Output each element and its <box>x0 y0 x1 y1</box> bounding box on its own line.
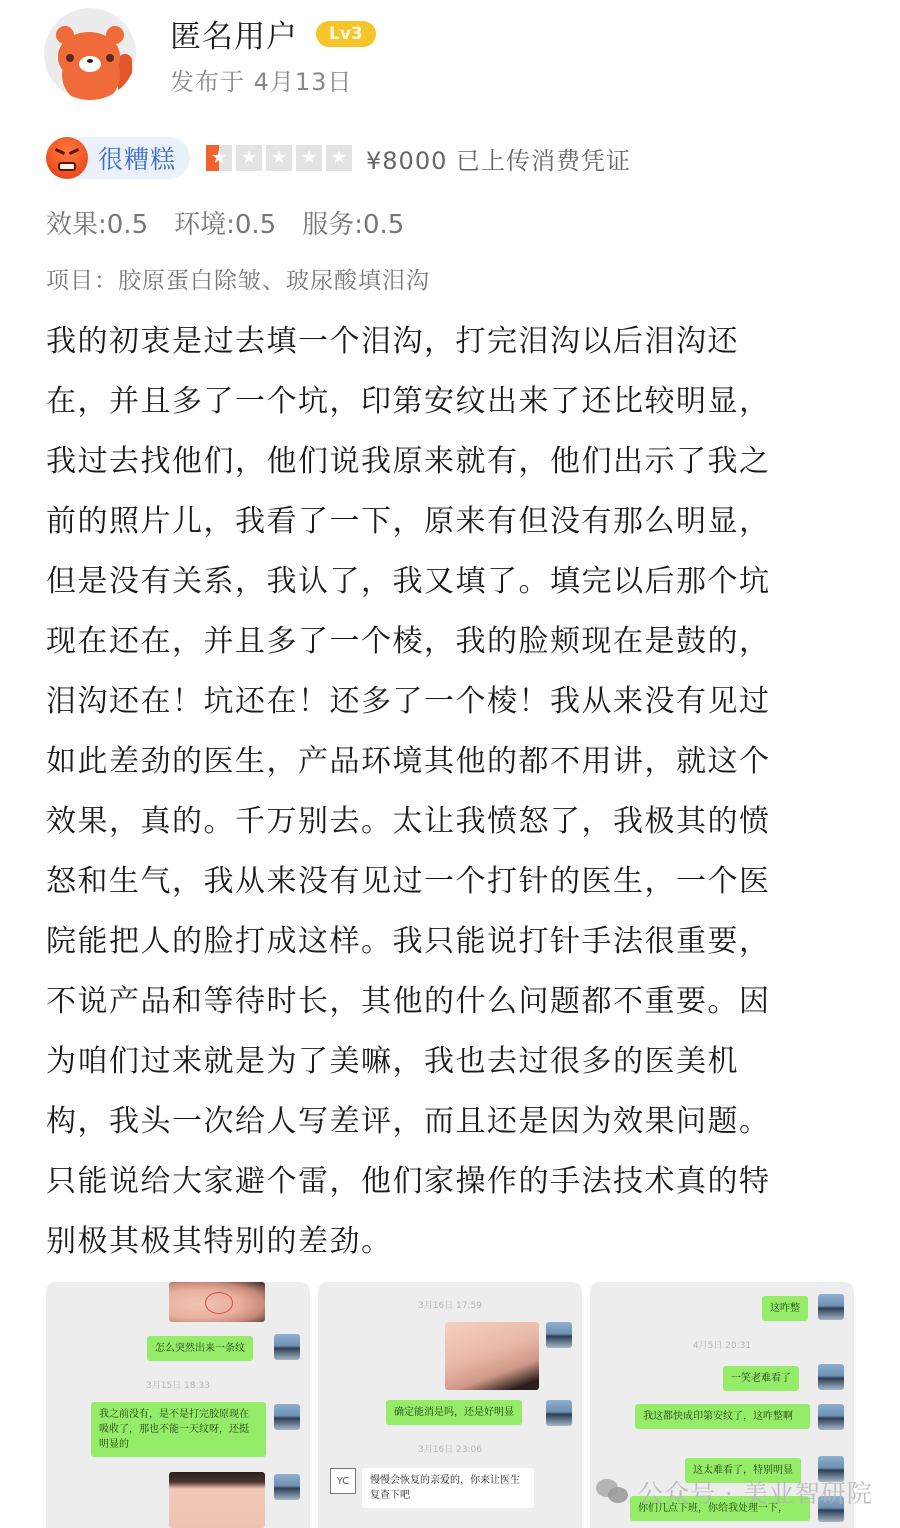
chat-bubble: 我之前没有，是不是打完胶原现在吸收了，那也不能一天纹呀，还挺明显的 <box>91 1402 266 1457</box>
chat-screenshot-1[interactable]: 怎么突然出来一条纹 3月15日 18:33 我之前没有，是不是打完胶原现在吸收了… <box>46 1282 310 1528</box>
chat-bubble: 这咋整 <box>762 1296 808 1321</box>
user-avatar-icon <box>818 1364 844 1390</box>
clinic-logo-icon: YC <box>330 1468 356 1494</box>
review-line: 不说产品和等待时长，其他的什么问题都不重要。因 <box>46 972 846 1032</box>
wechat-icon <box>596 1479 630 1505</box>
star-icon-empty: ★ <box>296 145 322 171</box>
username[interactable]: 匿名用户 <box>170 11 298 56</box>
level-badge: Lv3 <box>316 21 376 47</box>
angry-face-icon <box>46 137 88 179</box>
chat-bubble: 一笑老难看了 <box>723 1366 799 1391</box>
sub-scores: 效果:0.5 环境:0.5 服务:0.5 <box>46 204 430 241</box>
user-avatar-icon <box>274 1404 300 1430</box>
user-avatar-icon <box>818 1294 844 1320</box>
chat-timestamp: 4月5日 20:31 <box>590 1338 854 1351</box>
face-photo <box>445 1322 539 1390</box>
chat-bubble: 怎么突然出来一条纹 <box>147 1336 253 1361</box>
review-line: 构，我头一次给人写差评，而且还是因为效果问题。 <box>46 1092 846 1152</box>
price-and-receipt: ¥8000 已上传消费凭证 <box>366 141 631 176</box>
watermark-text: 公众号 · 美业智研院 <box>638 1474 873 1510</box>
user-info: 匿名用户 Lv3 发布于 4月13日 <box>170 11 376 97</box>
user-avatar-icon <box>274 1334 300 1360</box>
post-date: 发布于 4月13日 <box>170 62 376 97</box>
user-avatar-icon <box>546 1400 572 1426</box>
score-effect: 效果:0.5 <box>46 204 148 241</box>
review-line: 只能说给大家避个雷，他们家操作的手法技术真的特 <box>46 1152 846 1212</box>
review-header: 匿名用户 Lv3 发布于 4月13日 <box>44 6 376 102</box>
review-text: 我的初衷是过去填一个泪沟，打完泪沟以后泪沟还 在，并且多了一个坑，印第安纹出来了… <box>46 312 846 1272</box>
red-panda-avatar-icon[interactable] <box>44 8 136 100</box>
review-line: 院能把人的脸打成这样。我只能说打针手法很重要， <box>46 912 846 972</box>
review-line: 我过去找他们，他们说我原来就有，他们出示了我之 <box>46 432 846 492</box>
user-avatar-icon <box>818 1404 844 1430</box>
star-icon-half: ★ <box>206 145 232 171</box>
review-line: 怒和生气，我从来没有见过一个打针的医生，一个医 <box>46 852 846 912</box>
review-line: 我的初衷是过去填一个泪沟，打完泪沟以后泪沟还 <box>46 312 846 372</box>
star-icon-empty: ★ <box>236 145 262 171</box>
star-icon-empty: ★ <box>326 145 352 171</box>
chat-timestamp: 3月15日 18:33 <box>46 1378 310 1391</box>
face-photo <box>169 1282 265 1322</box>
chat-timestamp: 3月16日 23:06 <box>318 1442 582 1455</box>
review-line: 为咱们过来就是为了美嘛，我也去过很多的医美机 <box>46 1032 846 1092</box>
chat-bubble: 我这都快成印第安纹了，这咋整啊 <box>635 1404 810 1429</box>
review-line: 前的照片儿，我看了一下，原来有但没有那么明显， <box>46 492 846 552</box>
review-line: 如此差劲的医生，产品环境其他的都不用讲，就这个 <box>46 732 846 792</box>
face-photo <box>169 1472 265 1528</box>
chat-bubble: 慢慢会恢复的亲爱的，你来让医生复查下吧 <box>362 1468 534 1508</box>
score-service: 服务:0.5 <box>302 204 404 241</box>
chat-screenshot-2[interactable]: 3月16日 17:59 确定能消是吗，还是好明显 3月16日 23:06 YC … <box>318 1282 582 1528</box>
review-line: 效果，真的。千万别去。太让我愤怒了，我极其的愤 <box>46 792 846 852</box>
user-avatar-icon <box>274 1474 300 1500</box>
user-avatar-icon <box>546 1322 572 1348</box>
chat-timestamp: 3月16日 17:59 <box>318 1298 582 1311</box>
review-line: 在，并且多了一个坑，印第安纹出来了还比较明显， <box>46 372 846 432</box>
watermark: 公众号 · 美业智研院 <box>596 1474 873 1510</box>
review-line: 但是没有关系，我认了，我又填了。填完以后那个坑 <box>46 552 846 612</box>
chat-bubble: 确定能消是吗，还是好明显 <box>386 1400 522 1425</box>
rating-row: 很糟糕 ★ ★ ★ ★ ★ ¥8000 已上传消费凭证 <box>46 136 631 180</box>
mood-label: 很糟糕 <box>98 140 176 176</box>
review-line: 现在还在，并且多了一个棱，我的脸颊现在是鼓的， <box>46 612 846 672</box>
star-rating: ★ ★ ★ ★ ★ <box>206 145 356 171</box>
review-line: 泪沟还在！坑还在！还多了一个棱！我从来没有见过 <box>46 672 846 732</box>
star-icon-empty: ★ <box>266 145 292 171</box>
score-environment: 环境:0.5 <box>174 204 276 241</box>
mood-badge: 很糟糕 <box>46 137 190 179</box>
review-line: 别极其极其特别的差劲。 <box>46 1212 846 1272</box>
project-list: 项目：胶原蛋白除皱、玻尿酸填泪沟 <box>46 262 430 295</box>
